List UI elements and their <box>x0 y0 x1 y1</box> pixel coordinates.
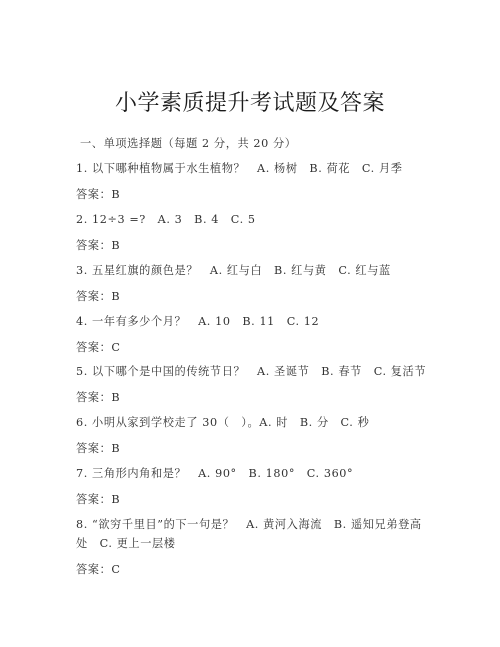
question-4: 4. 一年有多少个月？ A. 10 B. 11 C. 12 <box>76 315 319 329</box>
answer-2: 答案：B <box>76 239 120 253</box>
answer-7: 答案：B <box>76 493 120 507</box>
question-2: 2. 12÷3 =? A. 3 B. 4 C. 5 <box>76 213 256 227</box>
question-8: 8. “欲穷千里目”的下一句是？ A. 黄河入海流 B. 遥知兄弟登高 <box>76 518 422 532</box>
section-header: 一、单项选择题（每题 2 分，共 20 分） <box>80 137 297 151</box>
question-6: 6. 小明从家到学校走了 30（ ）。A. 时 B. 分 C. 秒 <box>76 416 369 430</box>
question-5: 5. 以下哪个是中国的传统节日？ A. 圣诞节 B. 春节 C. 复活节 <box>76 365 426 379</box>
question-7: 7. 三角形内角和是？ A. 90° B. 180° C. 360° <box>76 467 353 481</box>
question-1: 1. 以下哪种植物属于水生植物？ A. 杨树 B. 荷花 C. 月季 <box>76 162 403 176</box>
question-8-continued: 处 C. 更上一层楼 <box>76 537 176 551</box>
answer-4: 答案：C <box>76 341 121 355</box>
answer-6: 答案：B <box>76 442 120 456</box>
answer-1: 答案：B <box>76 188 120 202</box>
answer-3: 答案：B <box>76 290 120 304</box>
question-3: 3. 五星红旗的颜色是？ A. 红与白 B. 红与黄 C. 红与蓝 <box>76 264 391 278</box>
answer-8: 答案：C <box>76 563 121 577</box>
document-page: 小学素质提升考试题及答案 一、单项选择题（每题 2 分，共 20 分） 1. 以… <box>0 0 500 647</box>
answer-5: 答案：B <box>76 391 120 405</box>
page-title: 小学素质提升考试题及答案 <box>0 86 500 117</box>
